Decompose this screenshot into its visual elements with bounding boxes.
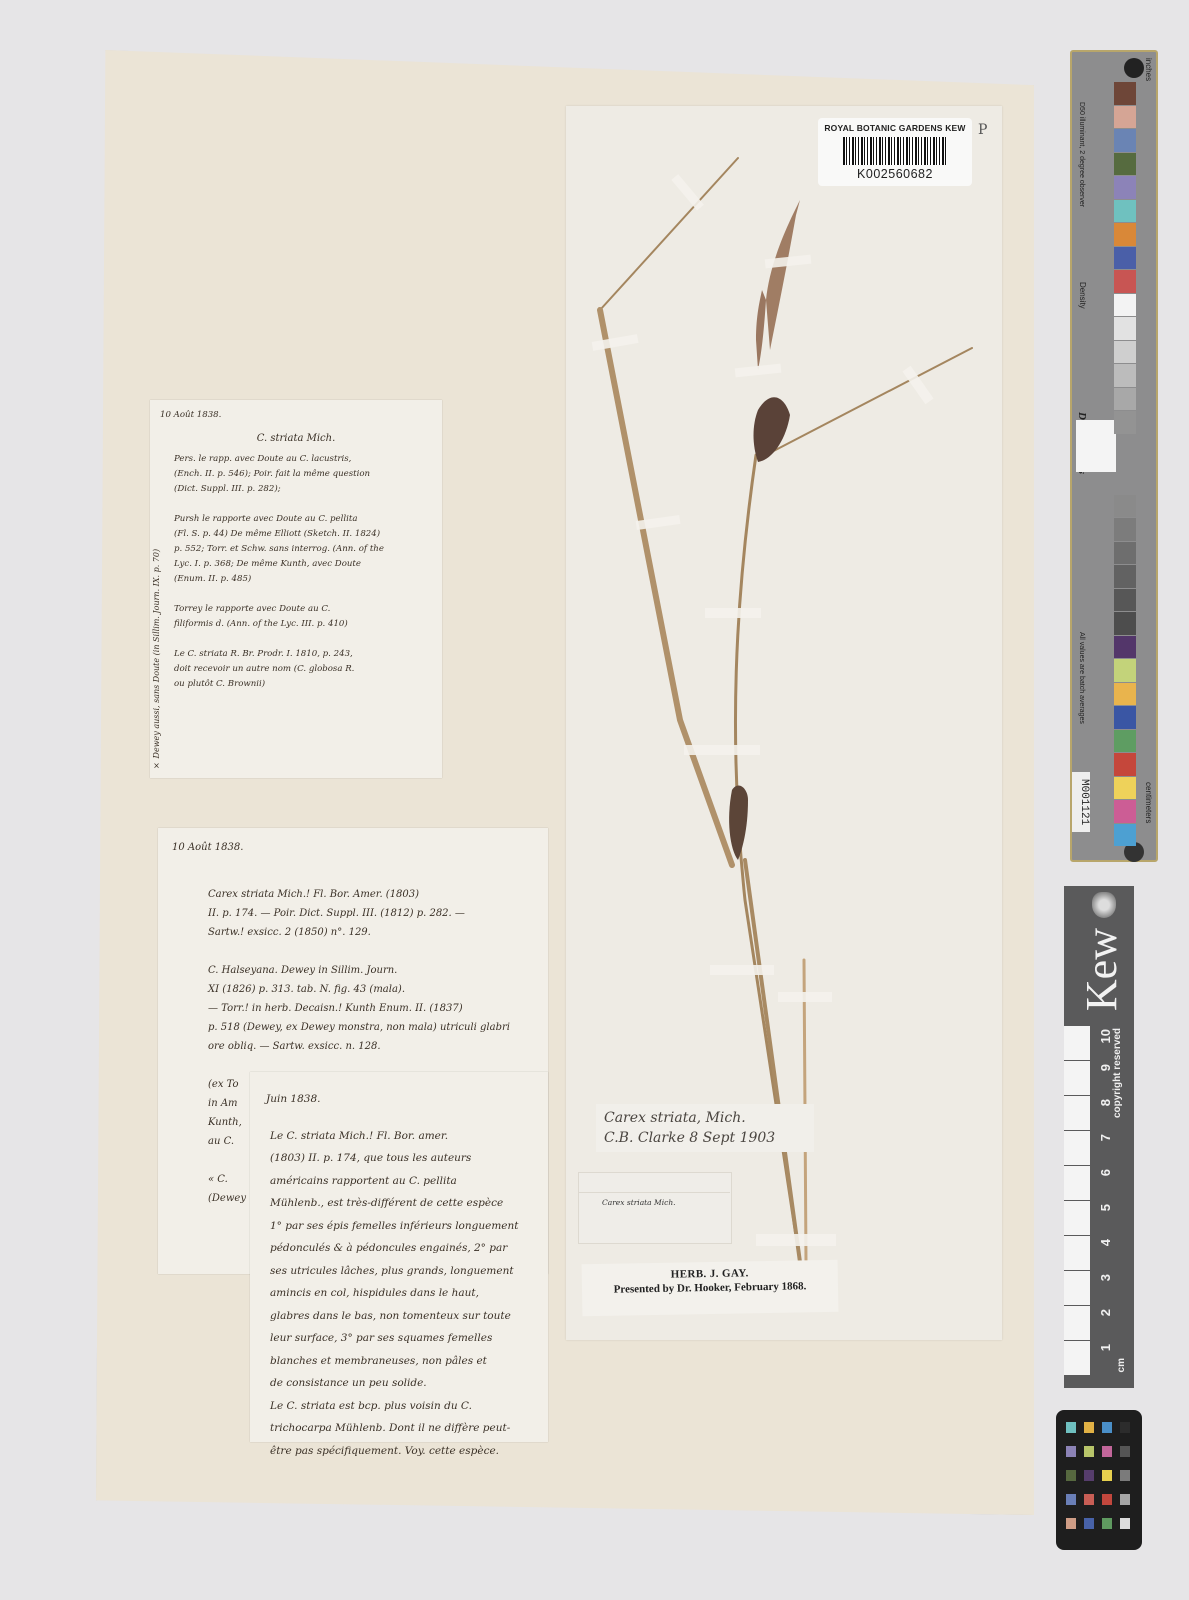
- colour-swatch: [1114, 824, 1136, 847]
- checker-chip: [1084, 1494, 1094, 1505]
- checker-chip: [1120, 1446, 1130, 1457]
- checker-chip: [1120, 1470, 1130, 1481]
- handwritten-note-1: 10 Août 1838. C. striata Mich. Pers. le …: [150, 400, 442, 778]
- checker-chip: [1102, 1422, 1112, 1433]
- barcode-number: K002560682: [818, 167, 972, 181]
- colour-swatch: [1114, 800, 1136, 823]
- presentation-note: Presented by Dr. Hooker, February 1868.: [582, 1280, 838, 1296]
- checker-chip: [1084, 1422, 1094, 1433]
- note-date: Juin 1838.: [266, 1088, 532, 1111]
- scale-tick-label: 10: [1098, 1029, 1113, 1043]
- handwritten-note-3: Juin 1838. Le C. striata Mich.! Fl. Bor.…: [250, 1072, 548, 1442]
- herbarium-label: HERB. J. GAY. Presented by Dr. Hooker, F…: [582, 1260, 839, 1316]
- colour-swatch: [1114, 200, 1136, 223]
- checker-chip: [1102, 1494, 1112, 1505]
- colour-swatch: [1114, 341, 1136, 364]
- checker-chip: [1102, 1446, 1112, 1457]
- checker-chip: [1102, 1518, 1112, 1529]
- checker-chip: [1102, 1470, 1112, 1481]
- checker-chip: [1120, 1494, 1130, 1505]
- ruler-registration-dot: [1124, 58, 1144, 78]
- copyright-text: copyright reserved: [1112, 1028, 1123, 1118]
- checker-chip: [1120, 1518, 1130, 1529]
- scale-tick-label: 1: [1098, 1344, 1113, 1351]
- colour-swatch: [1114, 659, 1136, 682]
- scale-unit: cm: [1116, 1358, 1127, 1372]
- ruler-unit-inches: inches: [1144, 58, 1153, 81]
- colour-swatch: [1114, 706, 1136, 729]
- determiner-date: C.B. Clarke 8 Sept 1903: [604, 1128, 806, 1148]
- colour-swatch: [1114, 364, 1136, 387]
- colour-swatch: [1114, 636, 1136, 659]
- scale-tick-label: 5: [1098, 1204, 1113, 1211]
- institution-name: ROYAL BOTANIC GARDENS KEW: [818, 123, 972, 133]
- colour-swatch: [1114, 518, 1136, 541]
- colour-swatch: [1114, 317, 1136, 340]
- colour-swatch: [1114, 753, 1136, 776]
- colour-swatch: [1114, 153, 1136, 176]
- checker-chip: [1084, 1518, 1094, 1529]
- checker-chip: [1120, 1422, 1130, 1433]
- barcode: [843, 137, 947, 165]
- note-date: 10 Août 1838.: [172, 838, 534, 857]
- note-body: Le C. striata Mich.! Fl. Bor. amer. (180…: [266, 1125, 532, 1463]
- colour-swatch: [1114, 589, 1136, 612]
- observer-text: D50 illuminant, 2 degree observer: [1078, 102, 1085, 207]
- colour-swatch: [1114, 612, 1136, 635]
- density-label: Density: [1078, 282, 1087, 309]
- checker-chip: [1066, 1446, 1076, 1457]
- note-date: 10 Août 1838.: [160, 408, 432, 423]
- checker-chip: [1066, 1470, 1076, 1481]
- colour-swatch: [1114, 247, 1136, 270]
- checker-chip: [1084, 1446, 1094, 1457]
- colour-swatch: [1114, 730, 1136, 753]
- scale-bar-ruler: [1064, 1026, 1090, 1376]
- colour-swatch: [1114, 495, 1136, 518]
- scale-tick-label: 4: [1098, 1239, 1113, 1246]
- colour-swatch: [1114, 176, 1136, 199]
- barcode-label: ROYAL BOTANIC GARDENS KEW K002560682: [818, 118, 972, 186]
- determination-label: Carex striata, Mich. C.B. Clarke 8 Sept …: [596, 1104, 814, 1152]
- colour-swatch: [1114, 223, 1136, 246]
- kew-logo: Kew: [1080, 928, 1124, 1011]
- ruler-unit-centimeters: centimeters: [1144, 782, 1153, 823]
- scale-tick-label: 7: [1098, 1134, 1113, 1141]
- colour-swatch: [1114, 683, 1136, 706]
- colour-swatch: [1114, 129, 1136, 152]
- checker-chip: [1066, 1518, 1076, 1529]
- corner-pencil-mark: P: [978, 122, 987, 138]
- colour-swatch: [1114, 82, 1136, 105]
- checker-chip: [1066, 1422, 1076, 1433]
- colour-swatch: [1114, 542, 1136, 565]
- scale-tick-label: 9: [1098, 1064, 1113, 1071]
- checker-chip: [1066, 1494, 1076, 1505]
- scale-tick-label: 3: [1098, 1274, 1113, 1281]
- colour-swatch: [1114, 294, 1136, 317]
- carex-specimen-illustration: [0, 0, 1189, 1600]
- packet-annotation: Carex striata Mich.: [602, 1198, 676, 1207]
- ruler-id-tag: M001121: [1072, 772, 1090, 832]
- ruler-note: All values are batch averages: [1078, 632, 1085, 724]
- packet-flap: [578, 1172, 730, 1193]
- colour-swatch: [1114, 565, 1136, 588]
- colour-swatch: [1114, 106, 1136, 129]
- colour-swatch: [1114, 411, 1136, 434]
- scale-tick-label: 2: [1098, 1309, 1113, 1316]
- colour-swatch: [1114, 270, 1136, 293]
- colour-swatch: [1114, 388, 1136, 411]
- colour-swatch: [1114, 777, 1136, 800]
- note-body: Pers. le rapp. avec Doute au C. lacustri…: [160, 452, 432, 692]
- note-title: C. striata Mich.: [160, 431, 432, 446]
- note-1-margin-text: × Dewey aussi, sans Doute (in Sillim. Jo…: [152, 540, 168, 770]
- kew-crest-icon: [1092, 892, 1116, 918]
- checker-chip: [1084, 1470, 1094, 1481]
- determination-name: Carex striata, Mich.: [604, 1108, 806, 1128]
- scale-tick-label: 6: [1098, 1169, 1113, 1176]
- scale-tick-label: 8: [1098, 1099, 1113, 1106]
- ruler-target-box: [1076, 420, 1116, 472]
